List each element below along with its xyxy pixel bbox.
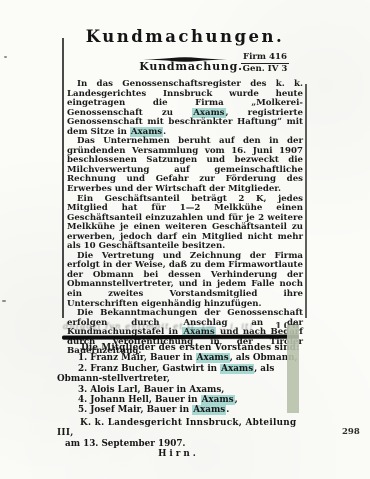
notice-body: In das Genossenschaftsregister des k. k.…	[67, 80, 303, 357]
text-segment: 1. Franz Mair, Bauer in	[78, 353, 196, 363]
text-segment: 4. Johann Hell, Bauer in	[78, 395, 201, 405]
highlight-axams: Axams	[192, 405, 226, 415]
board-section: Die Mitglieder des ersten Vorstandes sin…	[57, 343, 300, 459]
board-member: 3. Alois Larl, Bauer in Axams,	[57, 385, 300, 395]
court-line: K. k. Landesgericht Innsbruck, Abteilung…	[57, 418, 300, 439]
text-segment: 3. Alois Larl, Bauer in Axams,	[78, 385, 224, 395]
board-member: 5. Josef Mair, Bauer in Axams.	[57, 405, 300, 415]
highlight-axams: Axams	[196, 353, 230, 363]
text-segment: Das Unternehmen beruht auf den in der gr…	[67, 136, 303, 194]
page-number: 298	[342, 427, 360, 437]
newspaper-scan-page: Kundmachungen. Firm 416 Gen. IV 3 Kundma…	[0, 0, 370, 479]
text-segment: 2. Franz Bucher, Gastwirt in	[78, 364, 220, 374]
scan-speck	[4, 56, 7, 58]
notice-paragraph: Ein Geschäftsanteil beträgt 2 K, jedes M…	[67, 195, 303, 252]
text-segment: Ein Geschäftsanteil beträgt 2 K, jedes M…	[67, 194, 303, 252]
highlight-axams: Axams	[130, 127, 163, 137]
highlight-axams: Axams	[220, 364, 254, 374]
text-segment: Die Vertretung und Zeichnung der Firma e…	[67, 251, 303, 309]
notice-paragraph: In das Genossenschaftsregister des k. k.…	[67, 80, 303, 137]
board-member: 4. Johann Hell, Bauer in Axams,	[57, 395, 300, 405]
date-line: am 13. September 1907.	[57, 439, 300, 449]
board-heading: Die Mitglieder des ersten Vorstandes sin…	[57, 343, 300, 353]
column-rule-right	[305, 84, 307, 318]
board-member: 1. Franz Mair, Bauer in Axams, als Obman…	[57, 353, 300, 363]
board-member: 2. Franz Bucher, Gastwirt in Axams, als …	[57, 364, 300, 385]
column-rule-left	[62, 38, 64, 318]
scan-edge-strip	[287, 325, 299, 413]
text-segment: 5. Josef Mair, Bauer in	[78, 405, 192, 415]
signature: Hirn.	[57, 449, 300, 459]
text-segment: ,	[235, 395, 238, 405]
notice-paragraph: Das Unternehmen beruht auf den in der gr…	[67, 137, 303, 194]
highlight-axams: Axams	[201, 395, 235, 405]
swelled-rule-ornament-icon	[143, 48, 227, 55]
masthead-title: Kundmachungen.	[0, 27, 370, 46]
text-segment: .	[226, 405, 229, 415]
scan-speck	[2, 300, 6, 302]
illegible-overprint-text: duigozi fvn entimbit et ii ’i— .. i. it!	[63, 322, 281, 332]
notice-heading: Kundmachung.	[120, 60, 262, 73]
text-segment: .	[163, 127, 166, 137]
notice-paragraph: Die Vertretung und Zeichnung der Firma e…	[67, 252, 303, 309]
